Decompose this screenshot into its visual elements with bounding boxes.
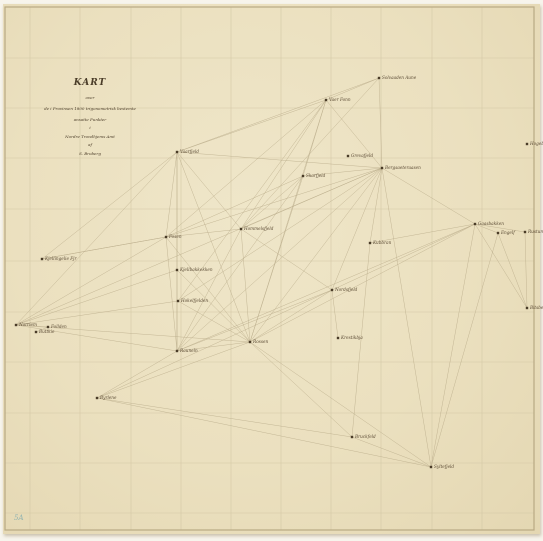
point-label: Rossen — [253, 339, 268, 344]
point-label: Vaarfjeld — [180, 149, 199, 154]
survey-point-marker — [240, 228, 242, 230]
survey-point-marker — [526, 307, 528, 309]
survey-point-marker — [47, 326, 49, 328]
title-line: de i Provinsen 1800 trigonometrisk beste… — [30, 103, 150, 114]
triangulation-line — [525, 232, 527, 308]
title-line: Nordre Trondhjems Amt — [30, 131, 150, 142]
survey-point-marker — [524, 231, 526, 233]
triangulation-line — [177, 224, 475, 351]
author: S. Broberg — [30, 148, 150, 159]
triangulation-line — [241, 229, 332, 290]
survey-point-marker — [165, 236, 167, 238]
survey-point-marker — [526, 143, 528, 145]
survey-point-marker — [302, 175, 304, 177]
survey-point-marker — [41, 258, 43, 260]
triangulation-line — [16, 270, 177, 325]
point-label: Gaasbakken — [478, 221, 504, 226]
survey-point-marker — [378, 77, 380, 79]
survey-point-marker — [177, 300, 179, 302]
point-label: Rustum — [528, 229, 543, 234]
triangulation-line — [332, 224, 475, 290]
point-label: Byrlene — [100, 395, 116, 400]
survey-point-marker — [15, 324, 17, 326]
point-label: Hommelsfjeld — [244, 226, 273, 231]
triangulation-line — [177, 176, 303, 351]
title-line: ansatte Punkter — [30, 114, 150, 125]
survey-point-marker — [430, 466, 432, 468]
survey-point-marker — [325, 99, 327, 101]
point-label: Norriem — [19, 322, 37, 327]
triangulation-line — [42, 152, 177, 259]
triangulation-line — [250, 176, 303, 342]
map-title: KART — [30, 78, 150, 88]
title-line: over — [30, 92, 150, 103]
triangulation-line — [352, 243, 370, 437]
point-label: Solvaaden Aune — [382, 75, 416, 80]
point-label: Bitsbe — [530, 305, 543, 310]
triangulation-line — [166, 100, 326, 237]
survey-point-marker — [176, 151, 178, 153]
triangulation-line — [166, 152, 177, 237]
triangulation-line — [166, 237, 177, 351]
point-label: Syltefjeld — [434, 464, 454, 469]
map-sheet: KART over de i Provinsen 1800 trigonomet… — [0, 0, 543, 541]
point-label: Nordsfjeld — [335, 287, 357, 292]
triangulation-line — [250, 342, 352, 437]
triangulation-line — [166, 176, 303, 237]
triangulation-line — [431, 224, 475, 467]
survey-point-marker — [176, 350, 178, 352]
point-label: Krestikbja — [341, 335, 363, 340]
triangulation-line — [166, 168, 382, 237]
survey-point-marker — [249, 341, 251, 343]
survey-point-marker — [474, 223, 476, 225]
survey-point-marker — [351, 436, 353, 438]
survey-point-marker — [369, 242, 371, 244]
survey-point-marker — [337, 337, 339, 339]
point-label: Skarfjeld — [306, 173, 325, 178]
triangulation-line — [177, 270, 250, 342]
triangulation-line — [475, 224, 527, 308]
point-label: Bergsaeteraasen — [385, 165, 421, 170]
triangulation-line — [178, 301, 250, 342]
point-label: Hogeboe — [530, 141, 543, 146]
triangulation-line — [177, 152, 241, 229]
point-label: Hokelfjelden — [181, 298, 208, 303]
triangulation-line — [250, 168, 382, 342]
survey-point-marker — [176, 269, 178, 271]
map-title-block: KART over de i Provinsen 1800 trigonomet… — [30, 78, 150, 159]
triangulation-line — [352, 437, 431, 467]
triangulation-line — [498, 233, 527, 308]
triangulation-line — [177, 229, 241, 351]
triangulation-line — [166, 237, 250, 342]
survey-point-marker — [331, 289, 333, 291]
archive-stamp: 5A — [14, 514, 24, 522]
triangulation-line — [250, 290, 332, 342]
triangulation-line — [370, 168, 382, 243]
point-label: Buttkie — [39, 329, 55, 334]
survey-point-marker — [381, 167, 383, 169]
triangulation-line — [379, 78, 382, 168]
point-label: Rauneln — [180, 348, 198, 353]
triangulation-line — [16, 152, 177, 325]
survey-point-marker — [347, 155, 349, 157]
survey-point-marker — [497, 232, 499, 234]
triangulation-line — [382, 168, 431, 467]
triangulation-line — [177, 152, 250, 342]
survey-point-marker — [96, 397, 98, 399]
triangulation-line — [382, 168, 475, 224]
point-label: Bruckfeld — [355, 434, 376, 439]
point-label: Vaer Fonn — [329, 97, 351, 102]
point-label: Kubbran — [373, 240, 391, 245]
triangulation-line — [97, 398, 352, 437]
triangulation-line — [431, 233, 498, 467]
point-label: Engelf — [501, 230, 515, 235]
point-label: Kjellingelie Fjr — [45, 256, 76, 261]
point-label: Kjellbakkekken — [180, 267, 213, 272]
survey-point-marker — [35, 331, 37, 333]
triangulation-line — [16, 301, 178, 325]
triangulation-line — [97, 351, 177, 398]
triangulation-line — [241, 100, 326, 229]
point-label: Fosen — [169, 234, 182, 239]
point-label: Grevafjeld — [351, 153, 373, 158]
